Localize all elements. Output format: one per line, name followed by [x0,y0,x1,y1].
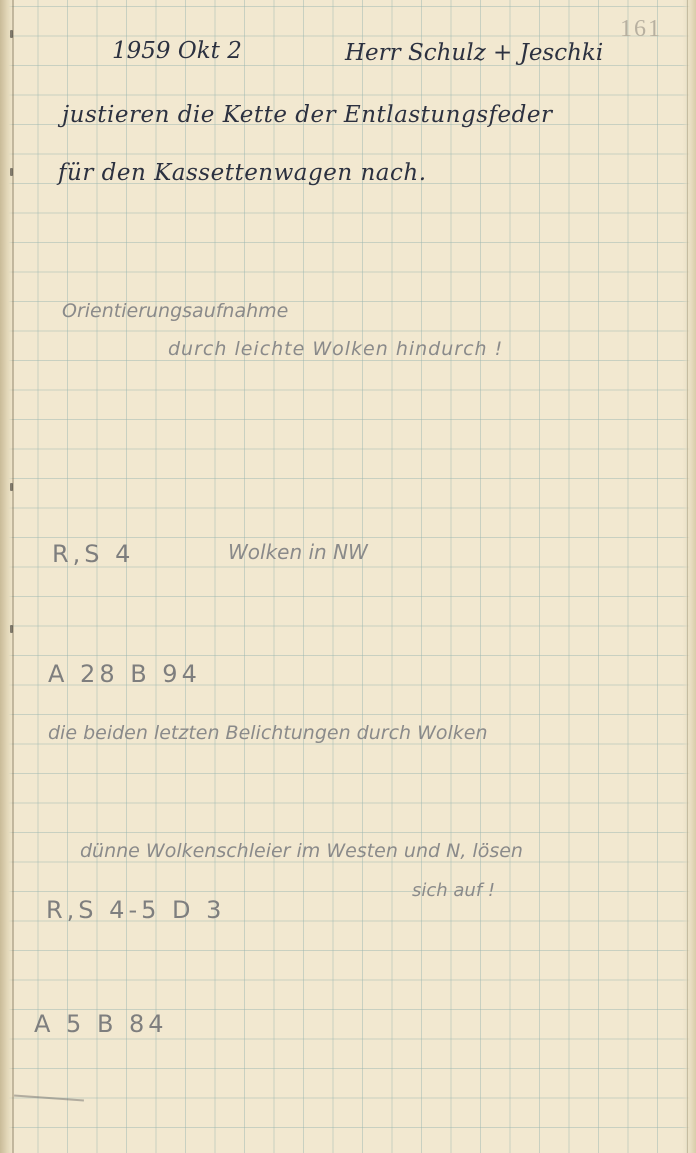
binding-stitch-mark [10,30,13,38]
exposure-values: A 28 B 94 [48,660,201,688]
entry-names: Herr Schulz + Jeschki [345,40,603,66]
entry-date: 1959 Okt 2 [112,38,242,64]
entry-text-line: justieren die Kette der Entlastungsfeder [62,102,552,128]
cloud-note: Wolken in NW [228,540,368,564]
page-number-stamp: 161 [620,16,662,43]
exposure-note: die beiden letzten Belichtungen durch Wo… [48,722,488,744]
cloud-veil-note: dünne Wolkenschleier im Westen und N, lö… [80,840,523,862]
seeing-reading: R,S 4-5 D 3 [46,896,225,924]
page-edge-line [687,0,688,1153]
seeing-reading: R,S 4 [52,540,134,568]
cloud-veil-note-continued: sich auf ! [412,880,495,901]
binding-stitch-mark [10,625,13,633]
pencil-stroke-mark [14,1095,84,1102]
entry-text-line: für den Kassettenwagen nach. [58,160,427,186]
binding-stitch-mark [10,483,13,491]
orientation-note: Orientierungsaufnahme [62,300,288,322]
exposure-values: A 5 B 84 [34,1010,168,1038]
binding-stitch-mark [10,168,13,176]
page-right-edge [682,0,696,1153]
notebook-page: 161 1959 Okt 2 Herr Schulz + Jeschki jus… [0,0,696,1153]
orientation-note-detail: durch leichte Wolken hindurch ! [168,338,503,360]
